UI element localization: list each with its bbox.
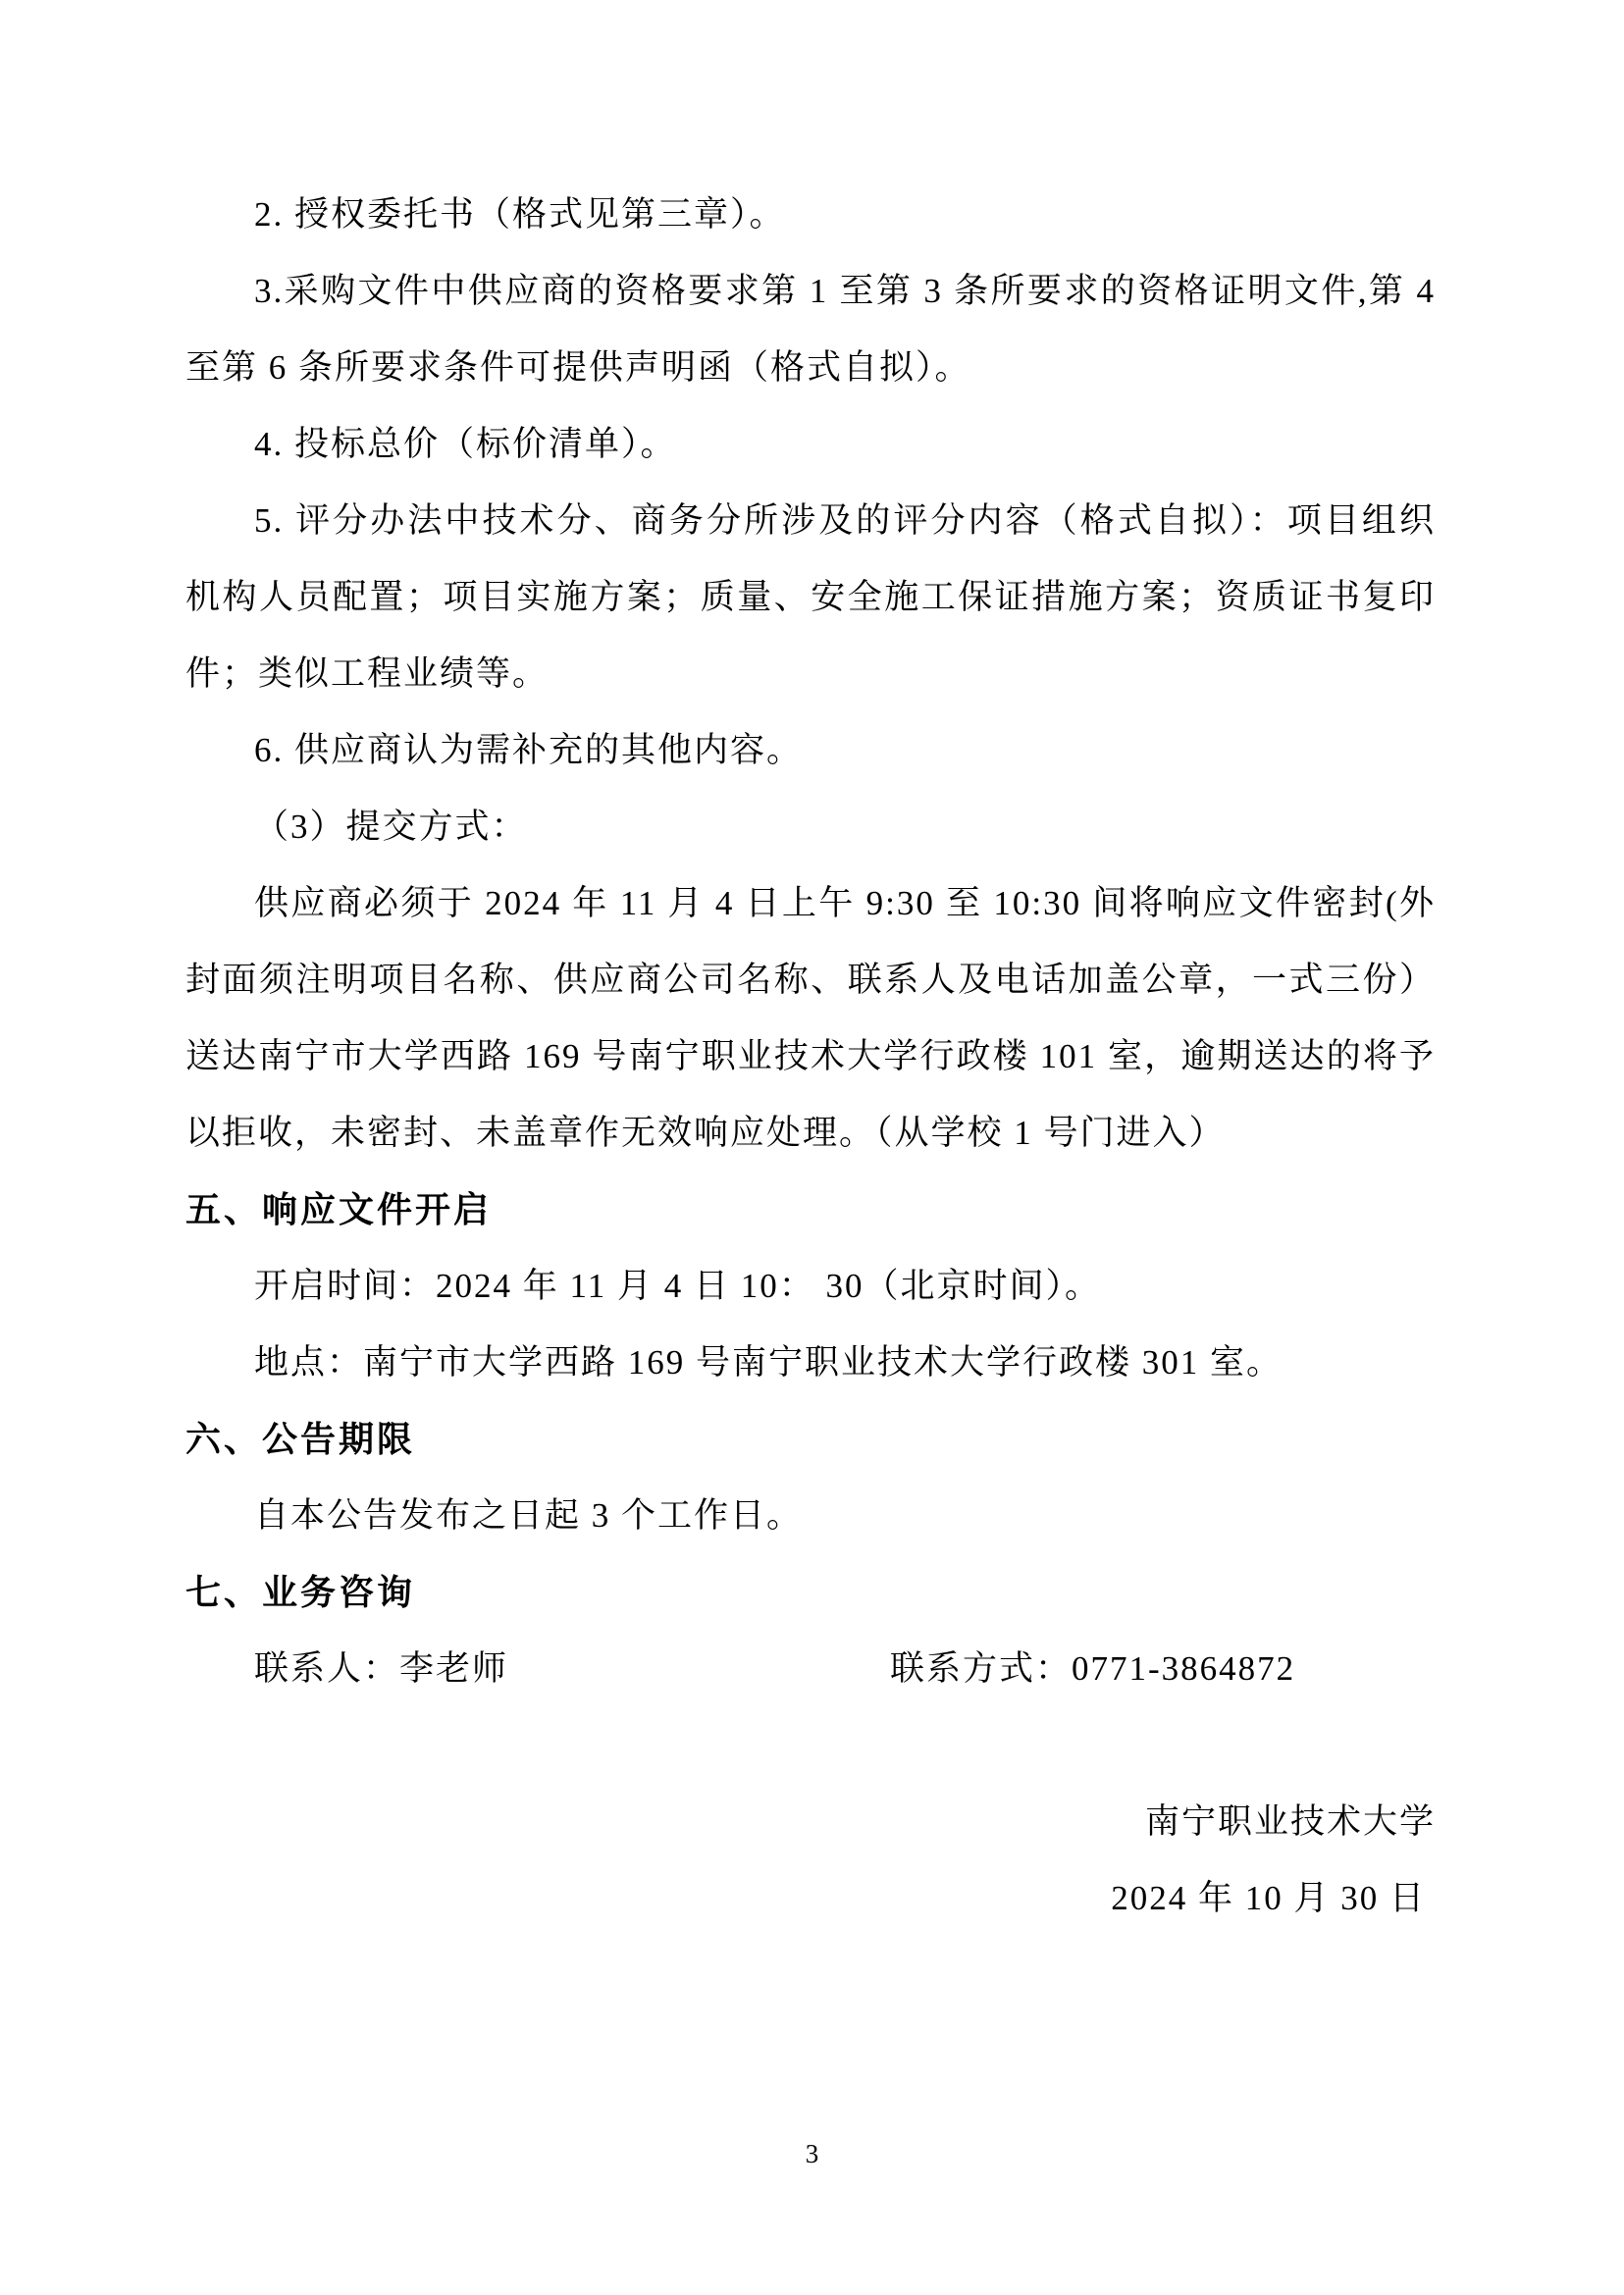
document-content: 2. 授权委托书（格式见第三章）。 3.采购文件中供应商的资格要求第 1 至第 … xyxy=(185,177,1436,1937)
spacer-line xyxy=(185,1707,1436,1784)
doc-line-open-time: 开启时间：2024 年 11 月 4 日 10： 30（北京时间）。 xyxy=(185,1248,1436,1325)
doc-line-submission-3: 送达南宁市大学西路 169 号南宁职业技术大学行政楼 101 室，逾期送达的将予 xyxy=(185,1018,1436,1095)
doc-line-submission-4: 以拒收，未密封、未盖章作无效响应处理。（从学校 1 号门进入） xyxy=(185,1095,1436,1172)
doc-line-submission-method: （3）提交方式： xyxy=(185,789,1436,865)
doc-line-item-5b: 机构人员配置；项目实施方案；质量、安全施工保证措施方案；资质证书复印 xyxy=(185,559,1436,636)
signature-org: 南宁职业技术大学 xyxy=(185,1784,1436,1860)
contact-person: 联系人：李老师 xyxy=(254,1649,508,1688)
contact-method: 联系方式：0771-3864872 xyxy=(890,1631,1295,1707)
section-heading-5: 五、响应文件开启 xyxy=(185,1172,1436,1248)
doc-line-submission-1: 供应商必须于 2024 年 11 月 4 日上午 9:30 至 10:30 间将… xyxy=(185,865,1436,942)
doc-line-item-4: 4. 投标总价（标价清单）。 xyxy=(185,406,1436,483)
doc-line-submission-2: 封面须注明项目名称、供应商公司名称、联系人及电话加盖公章，一式三份） xyxy=(185,942,1436,1018)
doc-line-item-5c: 件；类似工程业绩等。 xyxy=(185,636,1436,712)
document-page: 2. 授权委托书（格式见第三章）。 3.采购文件中供应商的资格要求第 1 至第 … xyxy=(0,0,1624,2295)
section-heading-6: 六、公告期限 xyxy=(185,1401,1436,1478)
signature-date: 2024 年 10 月 30 日 xyxy=(185,1860,1436,1937)
doc-line-open-location: 地点：南宁市大学西路 169 号南宁职业技术大学行政楼 301 室。 xyxy=(185,1325,1436,1401)
section-heading-7: 七、业务咨询 xyxy=(185,1554,1436,1631)
doc-line-item-5a: 5. 评分办法中技术分、商务分所涉及的评分内容（格式自拟）：项目组织 xyxy=(185,483,1436,559)
doc-line-item-6: 6. 供应商认为需补充的其他内容。 xyxy=(185,712,1436,789)
doc-line-item-3b: 至第 6 条所要求条件可提供声明函（格式自拟）。 xyxy=(185,330,1436,406)
doc-line-item-3a: 3.采购文件中供应商的资格要求第 1 至第 3 条所要求的资格证明文件,第 4 xyxy=(185,253,1436,330)
doc-line-notice-period: 自本公告发布之日起 3 个工作日。 xyxy=(185,1478,1436,1554)
contact-line: 联系人：李老师 联系方式：0771-3864872 xyxy=(185,1631,1436,1707)
page-number: 3 xyxy=(0,2127,1624,2180)
doc-line-item-2: 2. 授权委托书（格式见第三章）。 xyxy=(185,177,1436,253)
